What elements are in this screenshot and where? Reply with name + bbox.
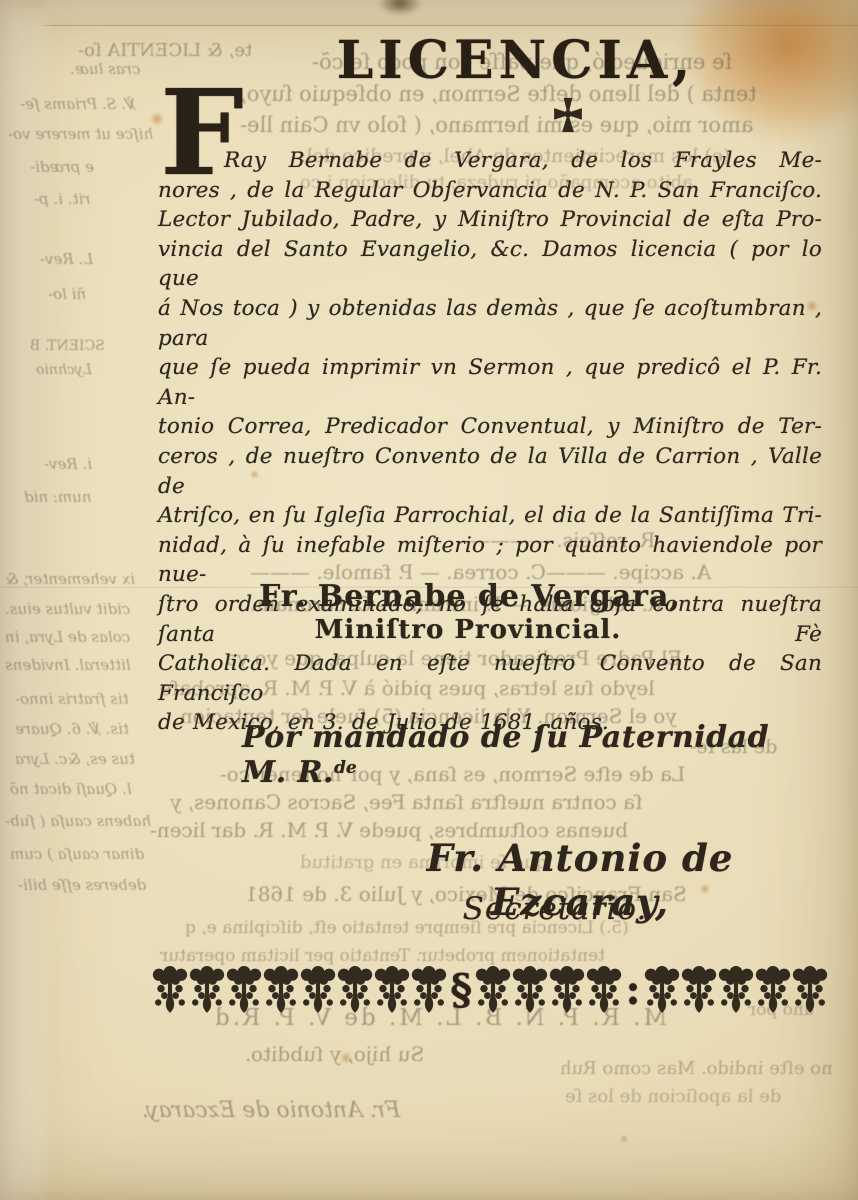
body-line: tonio Correa, Predicador Conventual, y M…	[158, 412, 822, 442]
body-line: Atriſco, en ſu Igleſia Parrochial, el di…	[158, 501, 822, 531]
body-line: que ſe pueda imprimir vn Sermon , que pr…	[158, 353, 822, 412]
fleuron-icon	[586, 960, 622, 1020]
fleuron-icon	[337, 960, 373, 1020]
mandate-superscript: de	[334, 758, 357, 778]
provincial-signature-name: Fr. Bernabe de Vergara,	[158, 579, 822, 614]
licencia-body-text: Ray Bernabe de Vergara, de los Frayles M…	[158, 146, 822, 738]
fleuron-icon	[263, 960, 299, 1020]
fleuron-icon	[475, 960, 511, 1020]
fleuron-icon	[512, 960, 548, 1020]
bleedthrough-line: i. Rev-	[44, 455, 92, 473]
printed-content: LICENCIA, F Ray Bernabe de Vergara, de l…	[158, 0, 822, 1200]
bleedthrough-line: L. Rev-	[40, 250, 93, 268]
body-line: Catholica. Dada en eſte nueſtro Convento…	[158, 649, 822, 708]
bleedthrough-line: ℣. S. Priams ſe-	[20, 95, 136, 113]
fleuron-icon	[549, 960, 585, 1020]
bleedthrough-line: cidit vultus eius.	[5, 600, 130, 618]
bleedthrough-line: l. Quaſi dicat nõ	[10, 780, 132, 798]
fleuron-icon	[755, 960, 791, 1020]
bleedthrough-line: tis fratris inno-	[15, 690, 129, 708]
fleuron-icon	[644, 960, 680, 1020]
bleedthrough-line: SCIENT. B	[30, 338, 105, 354]
mandate-text: Por mandado de ſu Paternidad M. R.	[242, 720, 769, 790]
body-line: Lector Jubilado, Padre, y Miniſtro Provi…	[158, 205, 822, 235]
bleedthrough-line: deberes eſſe bili-	[18, 876, 146, 894]
fleuron-icon	[226, 960, 262, 1020]
body-line: vincia del Santo Evangelio, &c. Damos li…	[158, 235, 822, 294]
body-line: á Nos toca ) y obtenidas las demàs , que…	[158, 294, 822, 353]
cross-pattee-icon	[552, 94, 584, 136]
body-line: nores , de la Regular Obſervancia de N. …	[158, 176, 822, 206]
bleedthrough-line: rit. i. p-	[34, 190, 91, 208]
fleuron-icon	[411, 960, 447, 1020]
fleuron-icon	[152, 960, 188, 1020]
bleedthrough-line: cras luæ.	[70, 60, 140, 78]
page-title: LICENCIA,	[158, 30, 822, 91]
bleedthrough-line: e prædi-	[30, 158, 94, 176]
fleuron-icon	[300, 960, 336, 1020]
fleuron-icon	[681, 960, 717, 1020]
mandate-line: Por mandado de ſu Paternidad M. R.de	[242, 720, 822, 790]
bleedthrough-line: hiſce ut merere vo-	[8, 125, 153, 143]
bleedthrough-line: tus es, &c. Lyra	[15, 750, 135, 768]
bleedthrough-line: litteral. Invidens	[5, 656, 131, 674]
fleuron-icon	[718, 960, 754, 1020]
bleedthrough-line: colas de Lyra, in	[5, 628, 130, 646]
bleedthrough-line: Lychnio	[36, 362, 92, 378]
body-line: ceros , de nueſtro Convento de la Villa …	[158, 442, 822, 501]
fleuron-icon	[189, 960, 225, 1020]
bleedthrough-line: habens cauſa ( ſub-	[5, 812, 151, 830]
bleedthrough-line: num: nid	[24, 488, 91, 506]
section-mark-glyph: :	[623, 960, 643, 1020]
bleedthrough-line: ix vehementer, &	[5, 570, 135, 588]
body-line: Ray Bernabe de Vergara, de los Frayles M…	[158, 146, 822, 176]
fleuron-icon	[792, 960, 828, 1020]
provincial-signature-role: Miniſtro Provincial.	[158, 615, 822, 645]
bleedthrough-line: dinar cauſa ) cum	[10, 845, 144, 863]
bleedthrough-line: tis. ℣. 6. Quare	[15, 720, 129, 738]
fleuron-ornament-row: §	[152, 960, 828, 1020]
bleedthrough-line: ñi lo-	[48, 285, 86, 303]
secretary-signature-role: Secretario.	[158, 891, 822, 927]
section-mark-glyph: §	[448, 960, 474, 1020]
fleuron-icon	[374, 960, 410, 1020]
document-page: te, & LICENTIA ſo-ſe enriqueció, que paſ…	[0, 0, 858, 1200]
